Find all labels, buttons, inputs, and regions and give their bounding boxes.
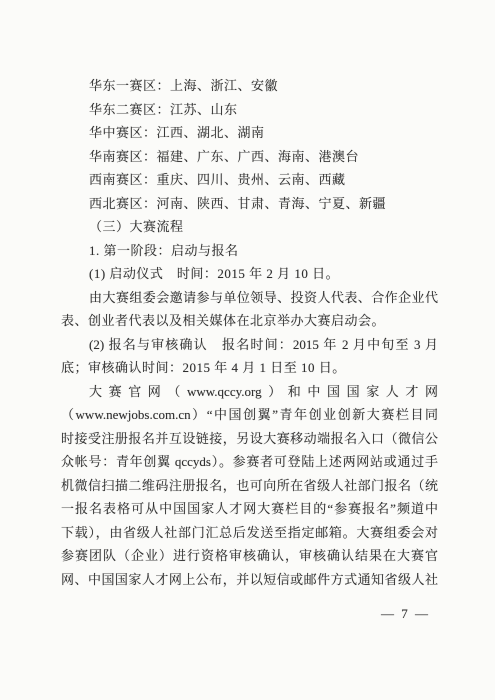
- paragraph-line: 时接受注册报名并互设链接，另设大赛移动端报名入口（微信公: [61, 427, 438, 451]
- paragraph-line: 众帐号：青年创翼 qccyds）。参赛者可登陆上述两网站或通过手: [61, 450, 438, 474]
- paragraph-line: 大赛官网（www.qccy.org）和中国国家人才网: [61, 380, 438, 404]
- region-list-line: 华南赛区：福建、广东、广西、海南、港澳台: [61, 145, 438, 169]
- paragraph-line: 由大赛组委会邀请参与单位领导、投资人代表、合作企业代: [61, 286, 438, 310]
- paragraph-line: 底；审核确认时间：2015 年 4 月 1 日至 10 日。: [61, 356, 438, 380]
- region-list-line: 华东一赛区：上海、浙江、安徽: [61, 74, 438, 98]
- document-body: 华东一赛区：上海、浙江、安徽 华东二赛区：江苏、山东 华中赛区：江西、湖北、湖南…: [61, 74, 438, 625]
- paragraph-line: (2) 报名与审核确认 报名时间：2015 年 2 月中旬至 3 月: [61, 333, 438, 357]
- paragraph-line: 机微信扫描二维码注册报名，也可向所在省级人社部门报名（统: [61, 474, 438, 498]
- stage-heading-line: 1. 第一阶段：启动与报名: [61, 239, 438, 263]
- document-page: 华东一赛区：上海、浙江、安徽 华东二赛区：江苏、山东 华中赛区：江西、湖北、湖南…: [0, 0, 495, 700]
- region-list-line: 西北赛区：河南、陕西、甘肃、青海、宁夏、新疆: [61, 192, 438, 216]
- region-list-line: 华中赛区：江西、湖北、湖南: [61, 121, 438, 145]
- paragraph-line: 网、中国国家人才网上公布，并以短信或邮件方式通知省级人社: [61, 568, 438, 592]
- paragraph-line: 一报名表格可从中国国家人才网大赛栏目的“参赛报名”频道中: [61, 497, 438, 521]
- paragraph-line: 下载），由省级人社部门汇总后发送至指定邮箱。大赛组委会对: [61, 521, 438, 545]
- paragraph-line: (1) 启动仪式 时间：2015 年 2 月 10 日。: [61, 262, 438, 286]
- region-list-line: 华东二赛区：江苏、山东: [61, 98, 438, 122]
- paragraph-line: 参赛团队（企业）进行资格审核确认，审核确认结果在大赛官: [61, 544, 438, 568]
- paragraph-line: （www.newjobs.com.cn）“中国创翼”青年创业创新大赛栏目同: [61, 403, 438, 427]
- page-number: — 7 —: [61, 602, 438, 625]
- region-list-line: 西南赛区：重庆、四川、贵州、云南、西藏: [61, 168, 438, 192]
- paragraph-line: 表、创业者代表以及相关媒体在北京举办大赛启动会。: [61, 309, 438, 333]
- section-heading-line: （三）大赛流程: [61, 215, 438, 239]
